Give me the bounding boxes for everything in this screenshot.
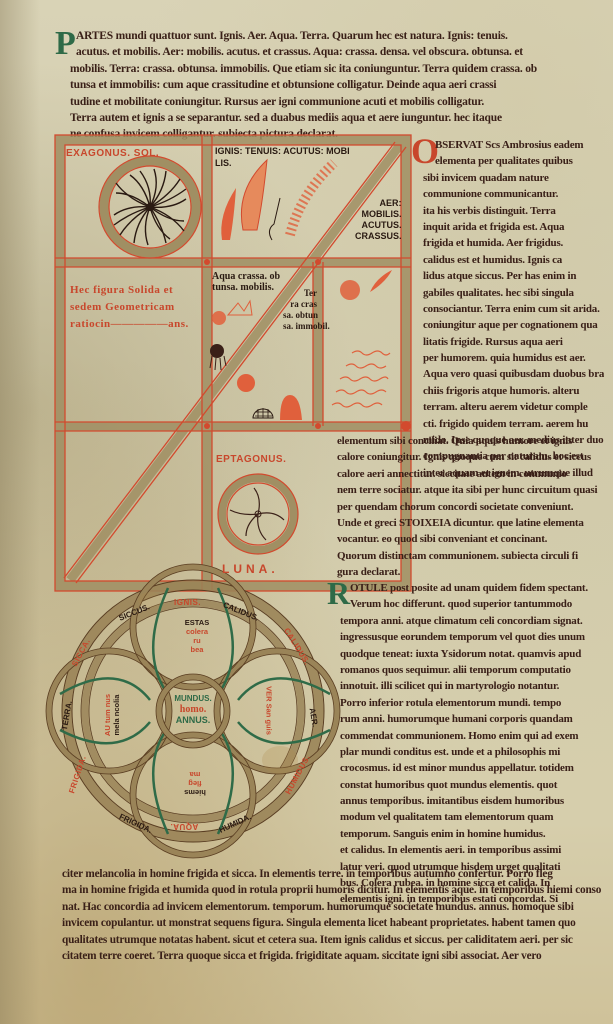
- text-line: qualitates utrumque notatas habent. sicu…: [62, 932, 607, 948]
- lobe-line: colera: [180, 627, 214, 636]
- text-line: terram. alteru aerem videtur comple: [423, 399, 604, 415]
- text-line: constat humoribus quot mundus elementis.…: [340, 777, 608, 793]
- wheel-lobe-left: AU tum nus mela ncolia: [103, 685, 121, 745]
- text-line: tempora anni. atque climatum celi concor…: [340, 613, 608, 629]
- lobe-line: hiems: [178, 788, 212, 797]
- text-line: sibi invicem quadam nature: [423, 170, 604, 186]
- text-line: quodque teneat: iuxta Ysidorum notat. qu…: [340, 646, 608, 662]
- earth-label-line: sa. obtun: [283, 310, 317, 321]
- fire-cell-title-cont: LIS.: [215, 158, 232, 169]
- text-line: Quorum distinctam communionem. subiecta …: [337, 548, 602, 564]
- text-line: inquit arida et frigida est. Aqua: [423, 219, 604, 235]
- text-line: Verum hoc differunt. quod superior tantu…: [350, 596, 608, 612]
- moon-cell-title: EPTAGONUS.: [216, 454, 286, 465]
- text-line: consociantur. Terra enim cum sit arida.: [423, 301, 604, 317]
- text-line: ita his verbis distinguit. Terra: [423, 203, 604, 219]
- right-paragraph-upper: BSERVAT Scs Ambrosius eadem elementa per…: [423, 137, 604, 481]
- text-line: crocosmus. id est minor mundus appellatu…: [340, 760, 608, 776]
- text-line: vocantur. eo quod sibi conveniant et con…: [337, 531, 602, 547]
- text-line: Porro inferior rotula elementorum mundi.…: [340, 695, 608, 711]
- lobe-line: nus: [103, 694, 112, 707]
- wheel-label-ignis: IGNIS.: [174, 598, 201, 607]
- wheel-lobe-right: VER San guis: [265, 686, 274, 736]
- moon-cell-subtitle: LUNA.: [222, 562, 279, 576]
- caption-line: ratiocin—————ans.: [70, 316, 189, 333]
- wheel-lobe-top: ESTAS colera ru bea: [180, 618, 214, 654]
- text-line: gura declarat.: [337, 564, 602, 580]
- earth-cell-label: Ter ra cras sa. obtun sa. immobil.: [283, 288, 317, 332]
- earth-label-line: sa. immobil.: [283, 321, 317, 332]
- right-paragraph-middle: elementum sibi conciliat. Quia aquis hum…: [337, 433, 602, 581]
- wheel-lobe-bottom: hiems fleg ma: [178, 770, 212, 797]
- text-line: lidus atque siccus. Per has enim in: [423, 268, 604, 284]
- sun-cell-title: EXAGONUS. SOL.: [66, 148, 159, 159]
- air-label-line: MOBILIS.: [361, 209, 402, 220]
- wheel-center-annus: ANNUS.: [163, 715, 223, 726]
- text-line: commendat communionem. Homo enim qui ad …: [340, 728, 608, 744]
- text-line: chiis frigoris atque humoris. alteru: [423, 383, 604, 399]
- text-line: calore aeri annectitur. siccitate autem …: [337, 466, 602, 482]
- lobe-line: tum: [103, 709, 112, 723]
- text-line: per humorem. quia humidus est aer.: [423, 350, 604, 366]
- lobe-line: ESTAS: [180, 618, 214, 627]
- text-line: gabiles qualitates. hec sibi singula: [423, 285, 604, 301]
- text-line: nat. Hac concordia ad invicem elementoru…: [62, 899, 607, 915]
- water-cell-label: Aqua crassa. ob tunsa. mobilis.: [212, 271, 280, 293]
- lobe-line: fleg: [178, 779, 212, 788]
- text-line: elementum sibi conciliat. Quia aquis hum…: [337, 433, 602, 449]
- water-label-line: Aqua crassa. ob: [212, 271, 280, 282]
- text-line: innotuit. illi scilicet qui in martyrolo…: [340, 678, 608, 694]
- lobe-line: San: [265, 704, 274, 718]
- lobe-line: guis: [265, 719, 274, 734]
- text-line: rum anni. humorumque humani corporis qua…: [340, 711, 608, 727]
- text-line: calore coniungitur. Ignis quoque cum sit…: [337, 449, 602, 465]
- text-line: OTULE post posite ad unam quidem fidem s…: [350, 580, 608, 596]
- text-line: plar mundi conditus est. unde et a philo…: [340, 744, 608, 760]
- earth-label-line: Ter: [283, 288, 317, 299]
- text-line: communione communicantur.: [423, 186, 604, 202]
- sun-icon: [99, 156, 201, 258]
- right-paragraph-lower: OTULE post posite ad unam quidem fidem s…: [340, 580, 608, 908]
- air-symbols-icon: [332, 270, 392, 407]
- water-label-line: tunsa. mobilis.: [212, 282, 280, 293]
- bottom-paragraph: citer melancolia in homine frigida et si…: [62, 866, 607, 964]
- text-line: Aqua vero quasi quibusdam duobus bra: [423, 366, 604, 382]
- lobe-line: VER: [265, 686, 274, 701]
- text-line: invicem copulantur. ut monstrat sequens …: [62, 915, 607, 931]
- fire-flames-icon: [221, 160, 334, 240]
- text-line: modum vel qualitatem tam elementorum qua…: [340, 809, 608, 825]
- air-label-line: ACUTUS.: [361, 220, 402, 231]
- text-line: citatem terre coeret. Terra quoque sicca…: [62, 948, 607, 964]
- wheel-center-mundus: MUNDUS.: [163, 693, 223, 704]
- text-line: litatis frigide. Rursus aqua aeri: [423, 334, 604, 350]
- caption-line: sedem Geometricam: [70, 299, 189, 316]
- earth-label-line: ra cras: [283, 299, 317, 310]
- lobe-line: AU: [103, 725, 112, 736]
- text-line: citer melancolia in homine frigida et si…: [62, 866, 607, 882]
- wheel-center-homo: homo.: [163, 704, 223, 715]
- text-line: calidus est et humidus. Ignis ca: [423, 252, 604, 268]
- text-line: per quendam chorum concordi societate co…: [337, 499, 602, 515]
- text-line: temporum. Sanguis enim in homine humidus…: [340, 826, 608, 842]
- solid-figure-caption: Hec figura Solida et sedem Geometricam r…: [70, 282, 189, 333]
- text-line: nem terre sociatur. atque ita sibi per h…: [337, 482, 602, 498]
- moon-icon: [218, 474, 298, 554]
- text-line: Unde et greci STOIXEIA dicuntur. que lat…: [337, 515, 602, 531]
- text-line: ingressusque eorundem temporum vel quot …: [340, 629, 608, 645]
- text-line: cti. frigido quidem terram. aerem hu: [423, 416, 604, 432]
- text-line: BSERVAT Scs Ambrosius eadem: [435, 137, 604, 153]
- text-line: et calidus. In elementis aeri. in tempor…: [340, 842, 608, 858]
- text-line: coniungitur aque per cognationem qua: [423, 317, 604, 333]
- wheel-center-labels: MUNDUS. homo. ANNUS.: [163, 693, 223, 726]
- text-line: elementa per qualitates quibus: [435, 153, 604, 169]
- text-line: annus temporibus. imitantibus eisdem hum…: [340, 793, 608, 809]
- lobe-line: mela: [112, 718, 121, 735]
- manuscript-page: P ARTES mundi quattuor sunt. Ignis. Aer.…: [0, 0, 613, 1024]
- text-line: frigida et humida. Aer frigidus.: [423, 235, 604, 251]
- lobe-line: ma: [178, 770, 212, 779]
- text-line: ma in homine frigida et humida quod in r…: [62, 882, 607, 898]
- lobe-line: ncolia: [112, 695, 121, 717]
- fire-cell-title: IGNIS: TENUIS: ACUTUS: MOBI: [215, 146, 350, 157]
- air-cell-label: AER: MOBILIS. ACUTUS. CRASSUS.: [367, 198, 402, 242]
- caption-line: Hec figura Solida et: [70, 282, 189, 299]
- wheel-label-aqua: AQUA.: [170, 822, 198, 831]
- lobe-line: bea: [180, 645, 214, 654]
- air-label-line: CRASSUS.: [355, 231, 402, 242]
- air-label-line: AER:: [367, 198, 402, 209]
- text-line: romanos quos sequimur. alii temporum com…: [340, 662, 608, 678]
- lobe-line: ru: [180, 636, 214, 645]
